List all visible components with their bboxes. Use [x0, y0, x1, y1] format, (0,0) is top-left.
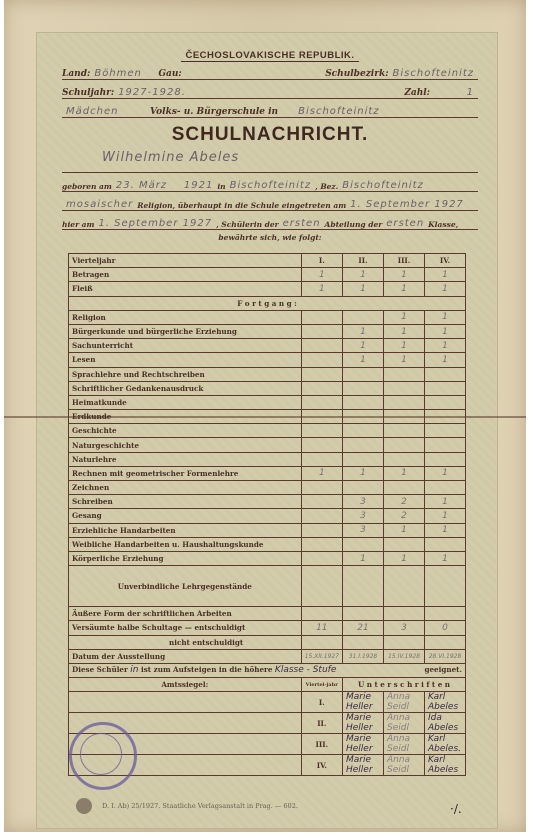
- signature-row: II. Marie Heller Anna Seidl Ida Abeles: [69, 713, 466, 734]
- promotion-line: Diese Schüler in ist zum Aufsteigen in d…: [69, 663, 466, 677]
- schulbezirk-value: Bischofteinitz: [389, 68, 478, 79]
- grades-table: Vierteljahr I.II. III.IV. Betragen 1111 …: [68, 253, 466, 776]
- table-row: Bürgerkunde und bürgerliche Erziehung111: [69, 324, 466, 338]
- table-row: Schriftlicher Gedankenausdruck: [69, 381, 466, 395]
- table-row: Erziehliche Handarbeiten311: [69, 523, 466, 537]
- imprint-text: D. I. Ab) 25/1927. Staatliche Verlagsans…: [102, 802, 298, 810]
- schuljahr-value: 1927-1928.: [114, 87, 190, 98]
- signature-row: I. Marie Heller Anna Seidl Karl Abeles: [69, 692, 466, 713]
- table-row: Erdkunde: [69, 410, 466, 424]
- school-type: Mädchen: [62, 106, 150, 117]
- bewaehrte-text: bewährte sich, wie folgt:: [62, 233, 478, 242]
- religion-line: mosaischerReligion, überhaupt in die Sch…: [62, 192, 478, 211]
- table-row: Geschichte: [69, 424, 466, 438]
- student-name: Wilhelmine Abeles: [62, 150, 478, 173]
- document-title: SCHULNACHRICHT.: [62, 124, 478, 146]
- birth-line: geboren am23. März 1921in Bischofteinitz…: [62, 173, 478, 192]
- form-header: ČECHOSLOVAKISCHE REPUBLIK. Land:Böhmen G…: [62, 50, 478, 242]
- table-row: Gesang321: [69, 509, 466, 523]
- table-row: Sprachlehre und Rechtschreiben: [69, 367, 466, 381]
- schuljahr-line: Schuljahr:1927-1928. Zahl:1: [62, 80, 478, 99]
- table-row: Sachunterricht111: [69, 339, 466, 353]
- table-row: Zeichnen: [69, 481, 466, 495]
- table-row: Fleiß 1111: [69, 282, 466, 296]
- table-row: Lesen111: [69, 353, 466, 367]
- table-row: Naturgeschichte: [69, 438, 466, 452]
- table-row: Schreiben321: [69, 495, 466, 509]
- class-line: hier am1. September 1927 , Schülerin der…: [62, 211, 478, 230]
- optional-subjects-label: Unverbindliche Lehrgegenstände: [69, 566, 302, 607]
- official-seal-stamp: [69, 722, 137, 790]
- table-row: Heimatkunde: [69, 395, 466, 409]
- table-row: Betragen 1111: [69, 268, 466, 282]
- republic-heading: ČECHOSLOVAKISCHE REPUBLIK.: [181, 50, 358, 62]
- table-row: Religion11: [69, 310, 466, 324]
- school-line: Mädchen Volks- u. Bürgerschule in Bischo…: [62, 99, 478, 118]
- table-row: Naturlehre: [69, 452, 466, 466]
- land-value: Böhmen: [90, 68, 158, 79]
- land-line: Land:Böhmen Gau: Schulbezirk:Bischoftein…: [62, 61, 478, 80]
- school-place: Bischofteinitz: [278, 106, 383, 117]
- table-row: Weibliche Handarbeiten u. Haushaltungsku…: [69, 537, 466, 551]
- fortgang-heading: F o r t g a n g :: [69, 296, 466, 310]
- zahl-value: 1: [430, 87, 478, 98]
- table-row: Körperliche Erziehung111: [69, 551, 466, 565]
- page-mark: ·/.: [450, 802, 462, 816]
- table-row: Rechnen mit geometrischer Formenlehre111…: [69, 466, 466, 480]
